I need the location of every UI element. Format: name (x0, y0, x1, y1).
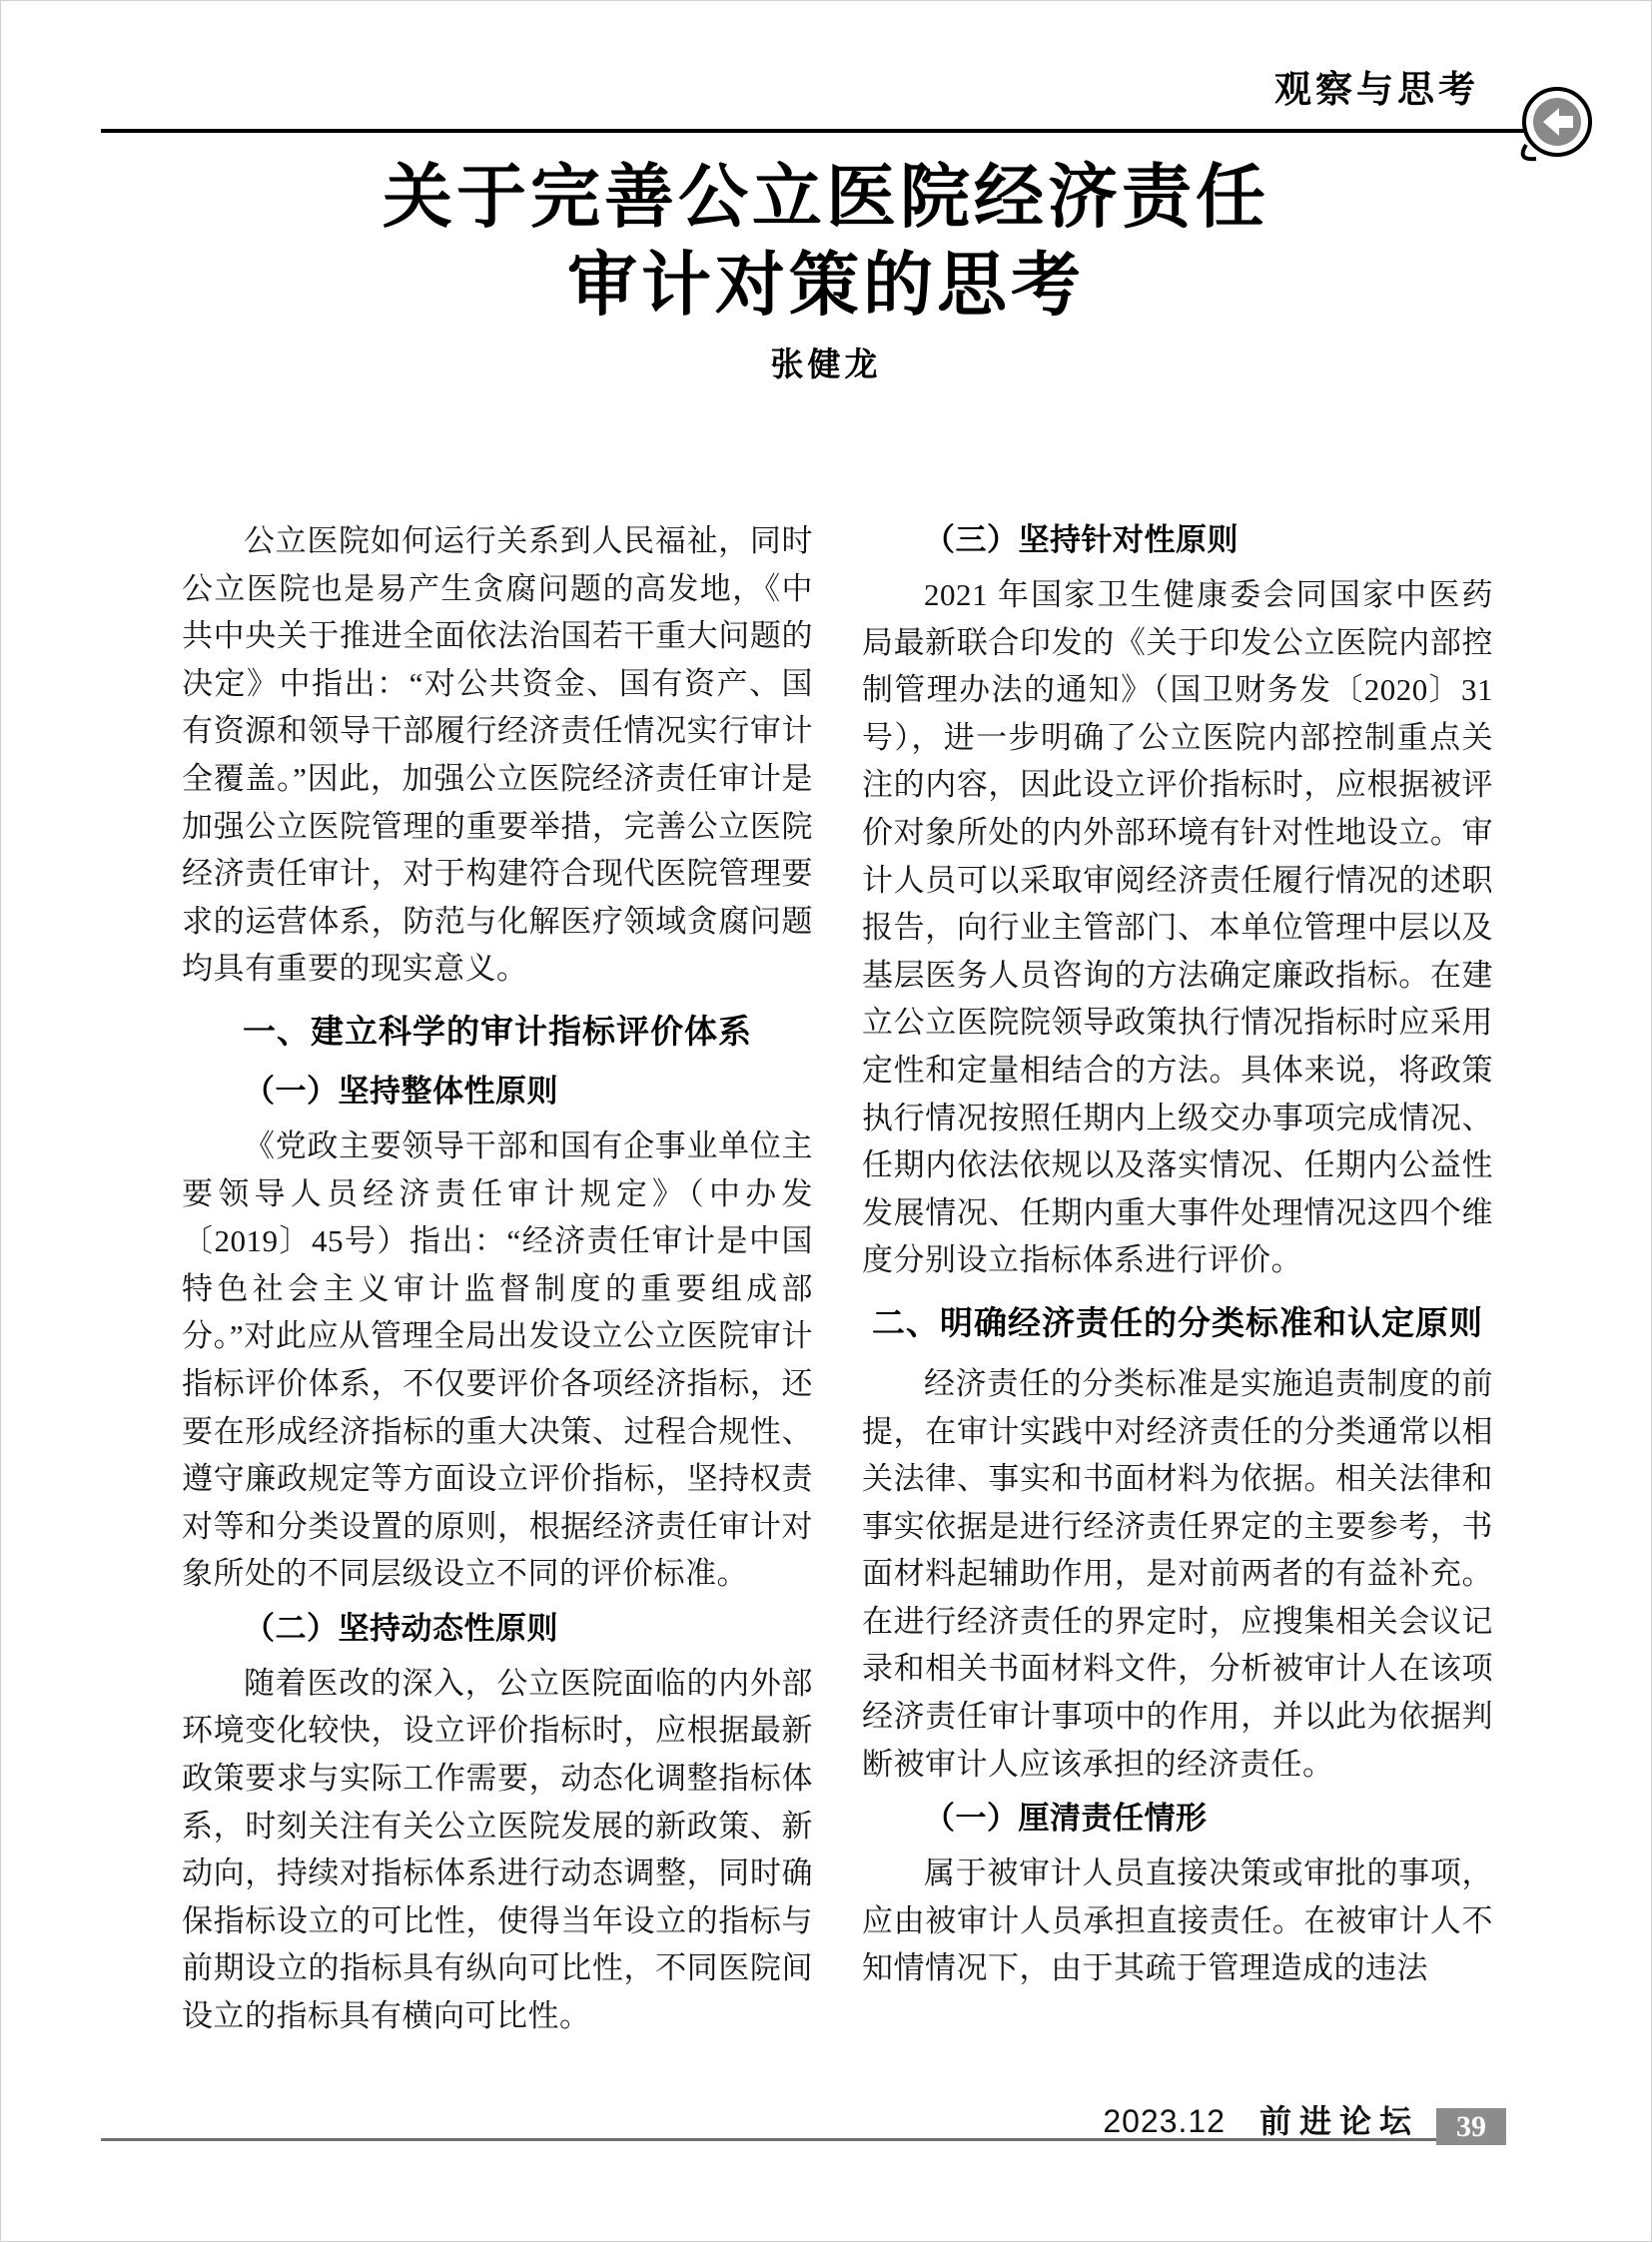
paragraph-section2-1: 属于被审计人员直接决策或审批的事项，应由被审计人员承担直接责任。在被审计人不知情… (862, 1850, 1493, 1992)
paragraph-section1-3: 2021 年国家卫生健康委会同国家中医药局最新联合印发的《关于印发公立医院内部控… (862, 571, 1493, 1284)
header-rule (101, 129, 1546, 133)
paragraph-intro: 公立医院如何运行关系到人民福祉，同时公立医院也是易产生贪腐问题的高发地，《中共中… (182, 517, 813, 993)
right-column: （三）坚持针对性原则 2021 年国家卫生健康委会同国家中医药局最新联合印发的《… (862, 517, 1493, 1992)
article-title-line1: 关于完善公立医院经济责任 (383, 158, 1269, 236)
subsection-2-1-heading: （一）厘清责任情形 (862, 1796, 1493, 1842)
left-column: 公立医院如何运行关系到人民福祉，同时公立医院也是易产生贪腐问题的高发地，《中共中… (182, 517, 813, 2040)
journal-page: 观察与思考 关于完善公立医院经济责任 审计对策的思考 张健龙 公立医院如何运行关… (0, 0, 1652, 2242)
page-number-badge: 39 (1436, 2108, 1506, 2145)
paragraph-section1-1: 《党政主要领导干部和国有企事业单位主要领导人员经济责任审计规定》（中办发〔201… (182, 1122, 813, 1598)
footer-journal-info: 2023.12前进论坛 (1103, 2096, 1419, 2142)
subsection-1-3-heading: （三）坚持针对性原则 (862, 517, 1493, 563)
subsection-1-2-heading: （二）坚持动态性原则 (182, 1606, 813, 1652)
paragraph-section1-2: 随着医改的深入，公立医院面临的内外部环境变化较快，设立评价指标时，应根据最新政策… (182, 1660, 813, 2040)
section-1-heading: 一、建立科学的审计指标评价体系 (182, 1009, 813, 1055)
footer-journal-name: 前进论坛 (1259, 2103, 1419, 2139)
article-title: 关于完善公立医院经济责任 审计对策的思考 (1, 153, 1651, 329)
article-author: 张健龙 (1, 339, 1651, 385)
footer-issue-date: 2023.12 (1103, 2103, 1226, 2139)
subsection-1-1-heading: （一）坚持整体性原则 (182, 1069, 813, 1115)
article-title-line2: 审计对策的思考 (567, 246, 1085, 324)
section-2-heading: 二、明确经济责任的分类标准和认定原则 (862, 1300, 1493, 1346)
column-section-label: 观察与思考 (1274, 59, 1479, 113)
paragraph-section2-intro: 经济责任的分类标准是实施追责制度的前提，在审计实践中对经济责任的分类通常以相关法… (862, 1360, 1493, 1788)
